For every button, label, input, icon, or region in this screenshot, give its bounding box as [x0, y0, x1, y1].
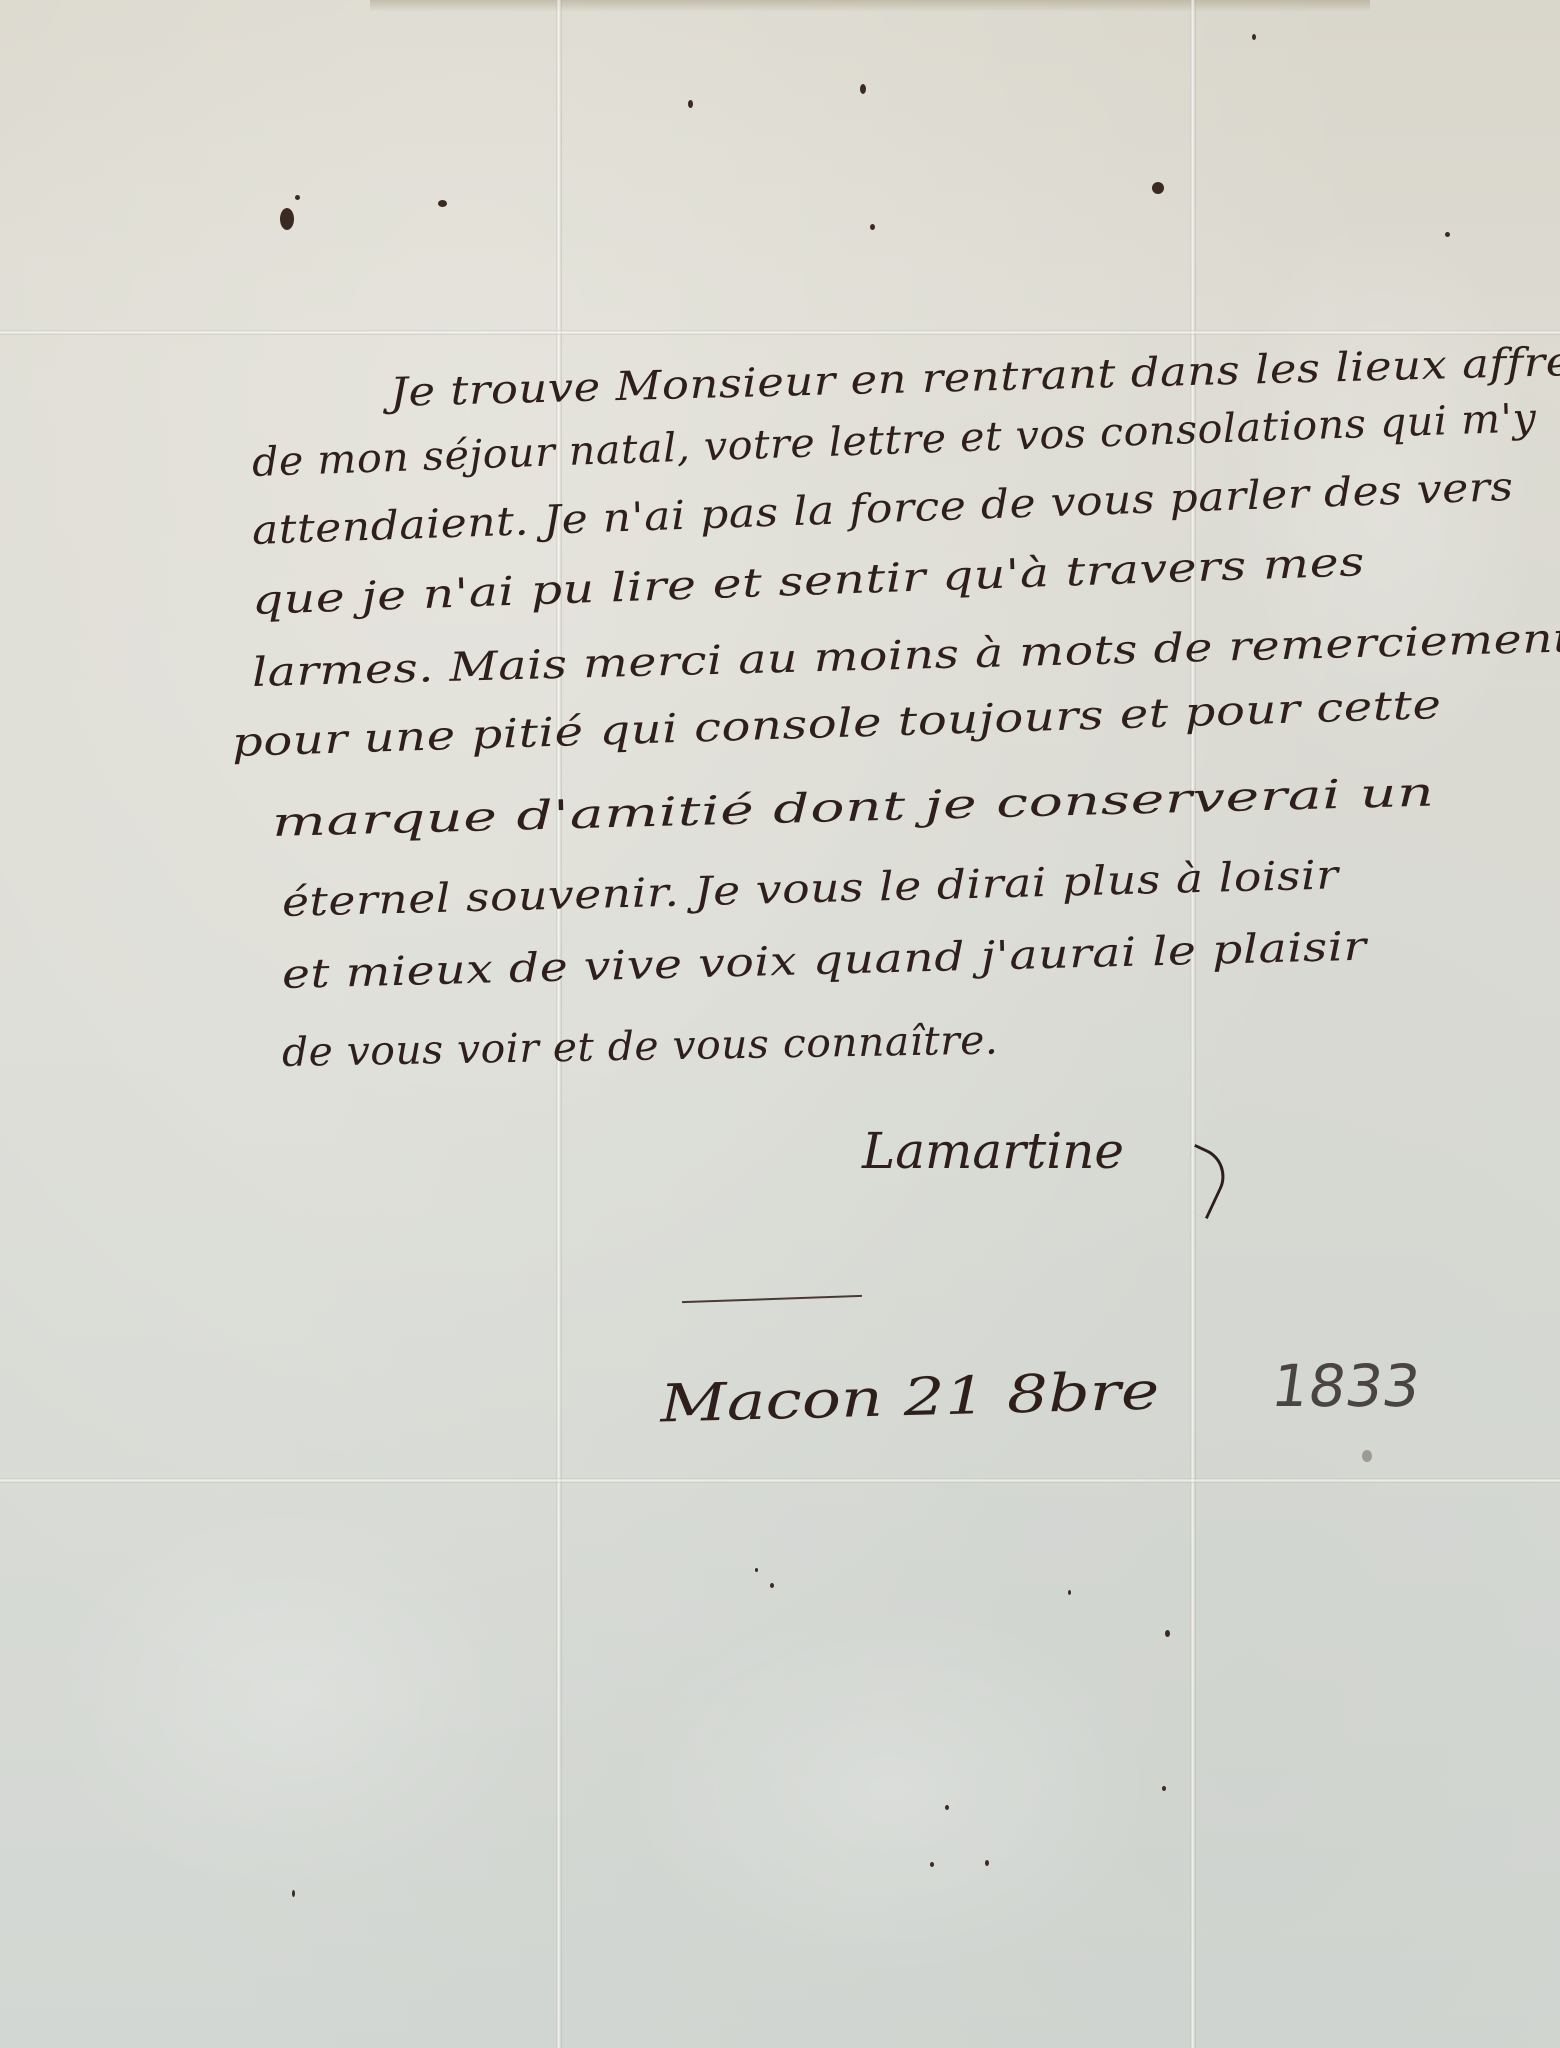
letter-line: pour une pitié qui console toujours et p… — [231, 682, 1442, 766]
letter-body: Je trouve Monsieur en rentrant dans les … — [0, 0, 1560, 2048]
letter-line: marque d'amitié dont je conserverai un — [271, 770, 1435, 846]
letter-line: et mieux de vive voix quand j'aurai le p… — [281, 924, 1367, 998]
letter-line: de vous voir et de vous connaître. — [282, 1018, 999, 1076]
signature: Lamartine — [862, 1122, 1124, 1180]
letter-sheet: Je trouve Monsieur en rentrant dans les … — [0, 0, 1560, 2048]
letter-line: que je n'ai pu lire et sentir qu'à trave… — [251, 539, 1365, 624]
date-year-pencil: 1833 — [1267, 1352, 1424, 1420]
letter-line: éternel souvenir. Je vous le dirai plus … — [281, 852, 1339, 926]
